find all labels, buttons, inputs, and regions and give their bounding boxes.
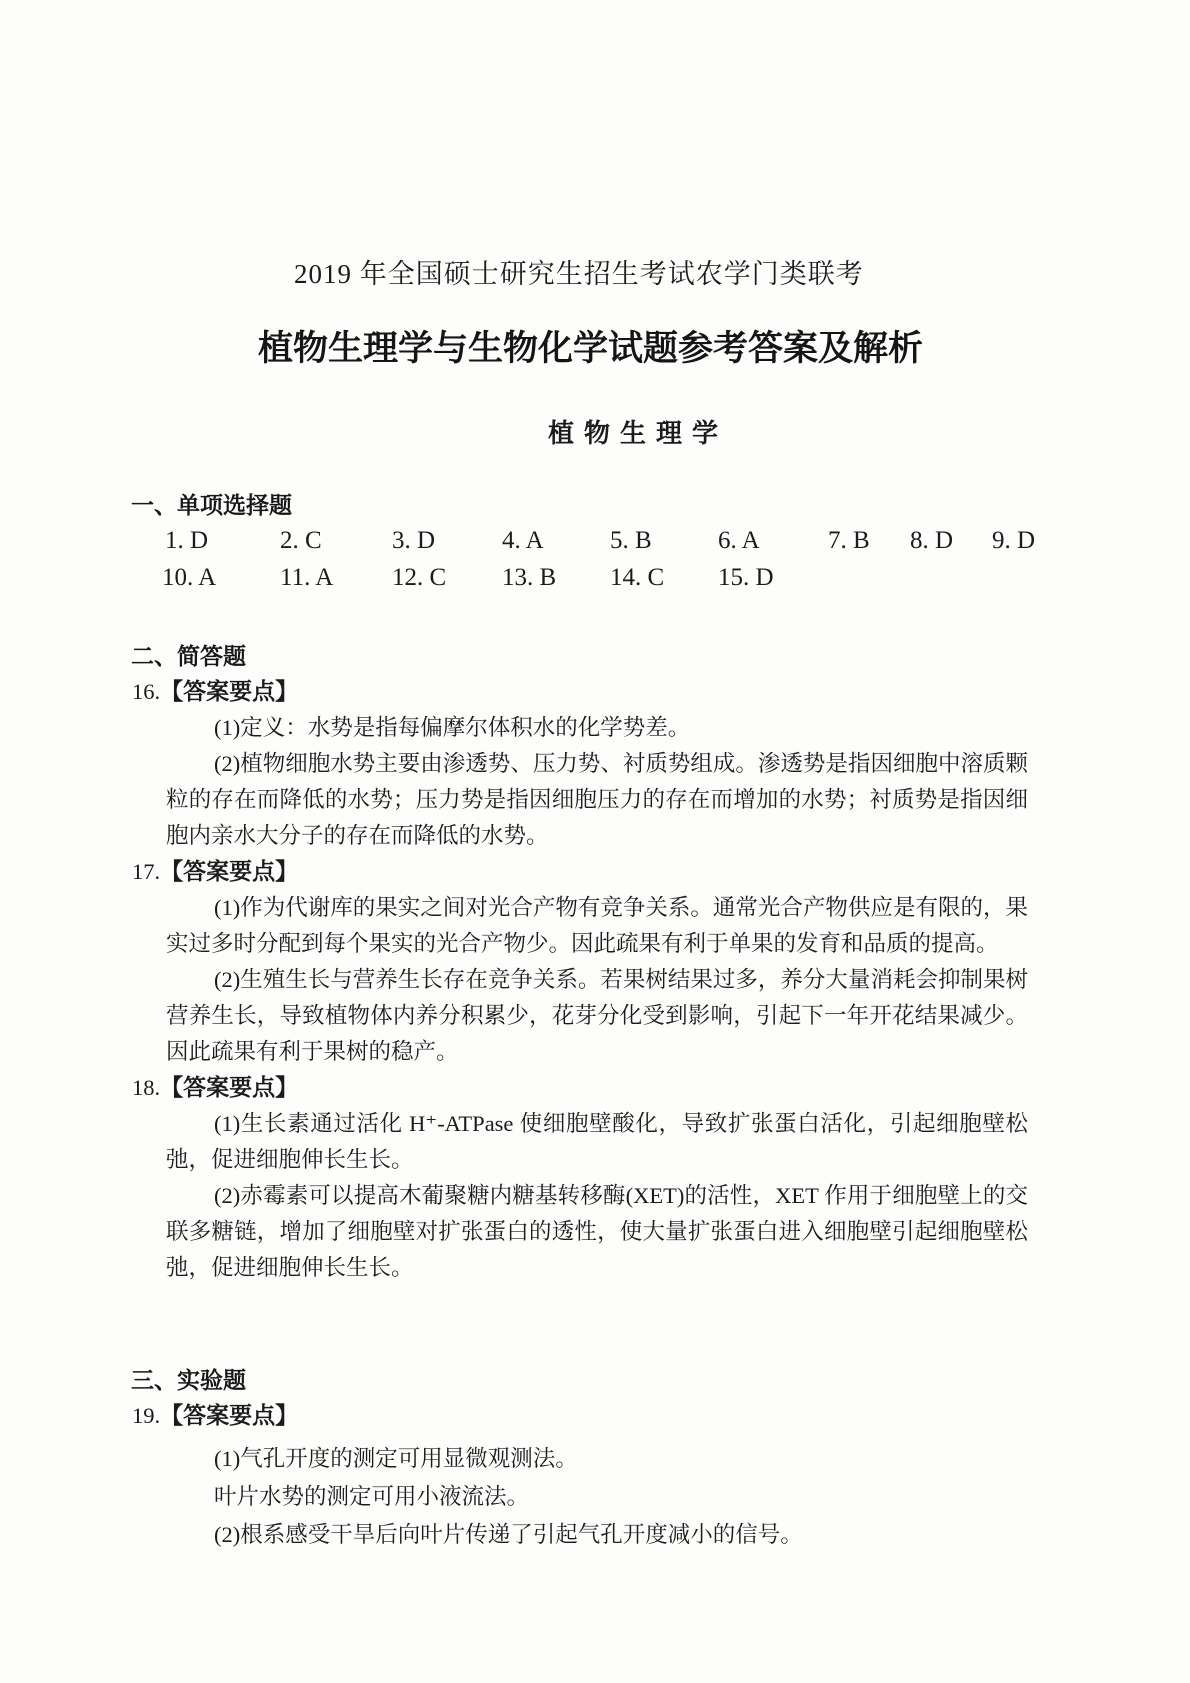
answer-points-tag: 【答案要点】 bbox=[160, 1403, 298, 1428]
q16-paragraph-1: (1)定义：水势是指每偏摩尔体积水的化学势差。 bbox=[166, 710, 1028, 746]
answer-item-6: 6. A bbox=[718, 527, 760, 555]
answer-item-2: 2. C bbox=[280, 527, 322, 555]
q16-paragraph-2: (2)植物细胞水势主要由渗透势、压力势、衬质势组成。渗透势是指因细胞中溶质颗粒的… bbox=[166, 746, 1028, 854]
q17-paragraph-1: (1)作为代谢库的果实之间对光合产物有竞争关系。通常光合产物供应是有限的，果实过… bbox=[166, 890, 1028, 962]
answer-item-3: 3. D bbox=[392, 527, 435, 555]
question-16-number: 16. bbox=[132, 679, 160, 704]
answer-item-11: 11. A bbox=[280, 564, 333, 592]
answer-points-tag: 【答案要点】 bbox=[160, 1075, 298, 1100]
answer-item-8: 8. D bbox=[910, 527, 953, 555]
q19-paragraph-2: 叶片水势的测定可用小液流法。 bbox=[166, 1478, 1028, 1516]
section-heading-short-answer: 二、简答题 bbox=[131, 638, 1028, 674]
question-18-label: 18.【答案要点】 bbox=[132, 1070, 1028, 1106]
answer-item-12: 12. C bbox=[392, 564, 446, 592]
answer-key-title: 植物生理学与生物化学试题参考答案及解析 bbox=[258, 321, 923, 371]
answer-item-9: 9. D bbox=[992, 527, 1035, 555]
section-heading-experiment: 三、实验题 bbox=[131, 1362, 1028, 1398]
answer-item-13: 13. B bbox=[502, 564, 556, 592]
q17-paragraph-2: (2)生殖生长与营养生长存在竞争关系。若果树结果过多，养分大量消耗会抑制果树营养… bbox=[166, 962, 1028, 1070]
answer-item-1: 1. D bbox=[165, 527, 208, 555]
answer-item-14: 14. C bbox=[610, 564, 664, 592]
question-16-label: 16.【答案要点】 bbox=[132, 674, 1028, 710]
answer-item-7: 7. B bbox=[828, 527, 870, 555]
exam-title: 2019 年全国硕士研究生招生考试农学门类联考 bbox=[294, 252, 864, 291]
q18-paragraph-2: (2)赤霉素可以提高木葡聚糖内糖基转移酶(XET)的活性，XET 作用于细胞壁上… bbox=[166, 1178, 1028, 1286]
subject-heading: 植物生理学 bbox=[548, 413, 728, 450]
q19-paragraph-1: (1)气孔开度的测定可用显微观测法。 bbox=[166, 1440, 1028, 1478]
question-19-number: 19. bbox=[132, 1403, 160, 1428]
section-heading-single-choice: 一、单项选择题 bbox=[131, 487, 292, 520]
question-18-number: 18. bbox=[132, 1075, 160, 1100]
answer-item-4: 4. A bbox=[502, 527, 544, 555]
q18-paragraph-1: (1)生长素通过活化 H⁺-ATPase 使细胞壁酸化，导致扩张蛋白活化，引起细… bbox=[166, 1106, 1028, 1178]
document-page: 2019 年全国硕士研究生招生考试农学门类联考 植物生理学与生物化学试题参考答案… bbox=[0, 0, 1190, 1683]
question-19-label: 19.【答案要点】 bbox=[132, 1398, 1028, 1434]
answer-item-10: 10. A bbox=[162, 564, 216, 592]
answer-item-15: 15. D bbox=[718, 564, 774, 592]
question-17-label: 17.【答案要点】 bbox=[132, 854, 1028, 890]
answers-body: 二、简答题 16.【答案要点】 (1)定义：水势是指每偏摩尔体积水的化学势差。 … bbox=[166, 638, 1028, 1554]
q19-paragraph-3: (2)根系感受干旱后向叶片传递了引起气孔开度减小的信号。 bbox=[166, 1516, 1028, 1554]
answer-points-tag: 【答案要点】 bbox=[160, 679, 298, 704]
answer-item-5: 5. B bbox=[610, 527, 652, 555]
question-17-number: 17. bbox=[132, 859, 160, 884]
answer-points-tag: 【答案要点】 bbox=[160, 859, 298, 884]
